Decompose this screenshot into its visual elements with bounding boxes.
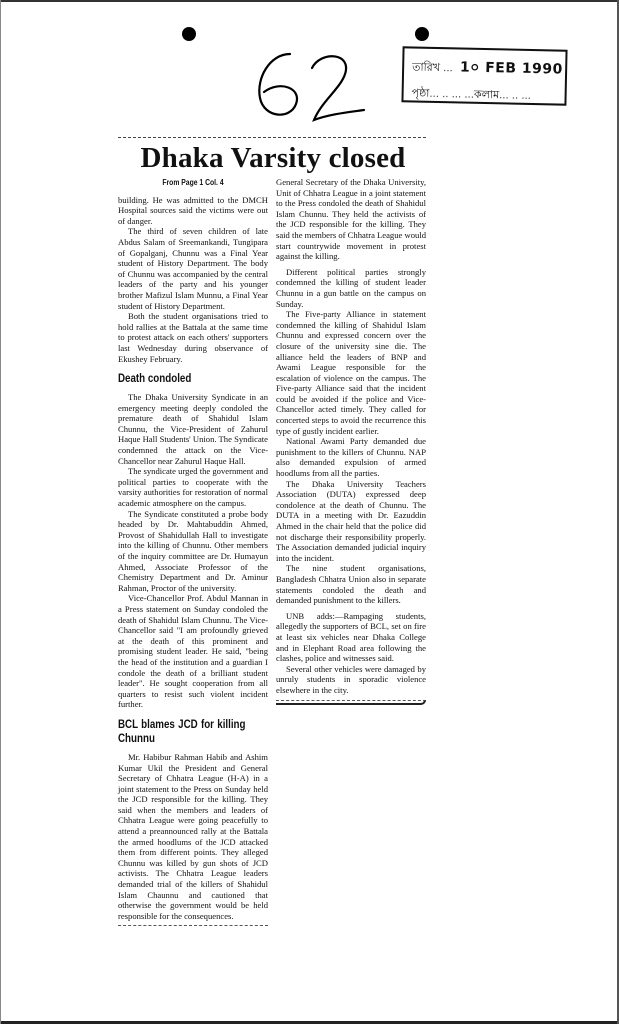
article-column-right: General Secretary of the Dhaka Universit… <box>276 177 426 926</box>
stamp-page-row: পৃষ্ঠা ... .. ... ... কলাম ... .. ... <box>411 84 556 106</box>
newspaper-clipping: Dhaka Varsity closed From Page 1 Col. 4 … <box>118 137 428 926</box>
scan-edge-top <box>0 0 619 2</box>
article-paragraph: Vice-Chancellor Prof. Abdul Mannan in a … <box>118 593 268 710</box>
date-stamp: তারিখ ... 1০ FEB 1990 পৃষ্ঠা ... .. ... … <box>401 46 567 105</box>
article-paragraph: The syndicate urged the government and p… <box>118 466 268 508</box>
article-paragraph: The Syndicate constituted a probe body h… <box>118 509 268 594</box>
stamp-date-label: তারিখ <box>412 58 440 78</box>
stamp-date-value: 1০ FEB 1990 <box>460 55 563 81</box>
stamp-dots: ... <box>440 63 456 74</box>
headline: Dhaka Varsity closed <box>118 143 428 173</box>
article-subhead: BCL blames JCD for killing Chunnu <box>118 718 246 746</box>
handwritten-page-number: 62 <box>250 48 370 133</box>
article-paragraph: General Secretary of the Dhaka Universit… <box>276 177 426 262</box>
stamp-page-label: পৃষ্ঠা <box>411 84 429 103</box>
article-paragraph: The third of seven children of late Abdu… <box>118 226 268 311</box>
column-end-rule <box>276 700 426 705</box>
column-end-rule <box>118 925 268 926</box>
article-paragraph: The nine student organisations, Banglade… <box>276 563 426 605</box>
clipping-top-rule <box>118 137 426 139</box>
stamp-dots: ... .. ... <box>499 90 531 102</box>
stamp-column-label: কলাম <box>474 86 500 106</box>
article-paragraph: Several other vehicles were damaged by u… <box>276 664 426 696</box>
stamp-dots: ... .. ... ... <box>429 89 474 101</box>
scan-edge-left <box>0 0 1 1024</box>
article-paragraph: building. He was admitted to the DMCH Ho… <box>118 195 268 227</box>
article-columns: From Page 1 Col. 4 building. He was admi… <box>118 177 428 926</box>
article-paragraph: The Five-party Alliance in statement con… <box>276 309 426 436</box>
article-paragraph: The Dhaka University Syndicate in an eme… <box>118 392 268 466</box>
article-paragraph: UNB adds:—Rampaging students, allegedly … <box>276 611 426 664</box>
article-paragraph: Different political parties strongly con… <box>276 267 426 309</box>
stamp-date-row: তারিখ ... 1০ FEB 1990 <box>412 54 557 81</box>
handwritten-number-glyph <box>250 48 370 128</box>
article-column-left: From Page 1 Col. 4 building. He was admi… <box>118 177 268 926</box>
article-paragraph: Both the student organisations tried to … <box>118 311 268 364</box>
article-paragraph: The Dhaka University Teachers Associatio… <box>276 479 426 564</box>
punch-hole-left <box>182 27 196 41</box>
article-subhead: Death condoled <box>118 372 246 386</box>
jump-line: From Page 1 Col. 4 <box>129 178 257 189</box>
article-paragraph: National Awami Party demanded due punish… <box>276 436 426 478</box>
article-paragraph: Mr. Habibur Rahman Habib and Ashim Kumar… <box>118 752 268 922</box>
punch-hole-right <box>415 27 429 41</box>
